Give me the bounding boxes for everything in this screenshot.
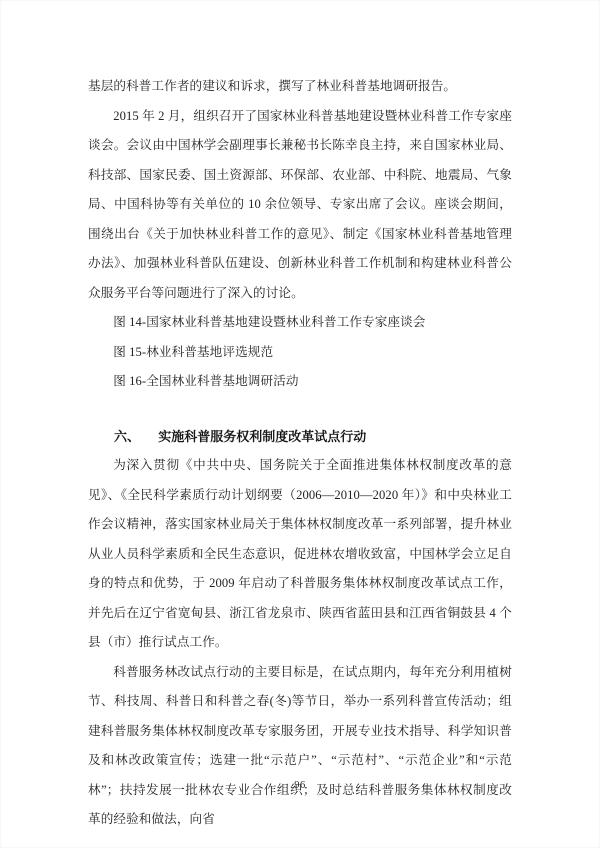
section-heading: 六、实施科普服务权利制度改革试点行动: [88, 422, 512, 452]
figure-caption-15: 图 15-林业科普基地评选规范: [88, 338, 512, 368]
paragraph-symposium: 2015 年 2 月，组织召开了国家林业科普基地建设暨林业科普工作专家座谈会。会…: [88, 102, 512, 309]
paragraph-pilot-goals: 科普服务林改试点行动的主要目标是，在试点期内，每年充分利用植树节、科技周、科普日…: [88, 658, 512, 835]
page-number: 96: [0, 780, 600, 791]
page-content: 基层的科普工作者的建议和诉求，撰写了林业科普基地调研报告。 2015 年 2 月…: [88, 72, 512, 835]
figure-caption-14: 图 14-国家林业科普基地建设暨林业科普工作专家座谈会: [88, 308, 512, 338]
document-page: 基层的科普工作者的建议和诉求，撰写了林业科普基地调研报告。 2015 年 2 月…: [0, 0, 600, 848]
paragraph-reform-background: 为深入贯彻《中共中央、国务院关于全面推进集体林权制度改革的意见》、《全民科学素质…: [88, 451, 512, 658]
section-heading-number: 六、: [114, 429, 140, 444]
paragraph-continuation: 基层的科普工作者的建议和诉求，撰写了林业科普基地调研报告。: [88, 72, 512, 102]
figure-caption-16: 图 16-全国林业科普基地调研活动: [88, 367, 512, 397]
section-heading-title: 实施科普服务权利制度改革试点行动: [158, 429, 366, 444]
